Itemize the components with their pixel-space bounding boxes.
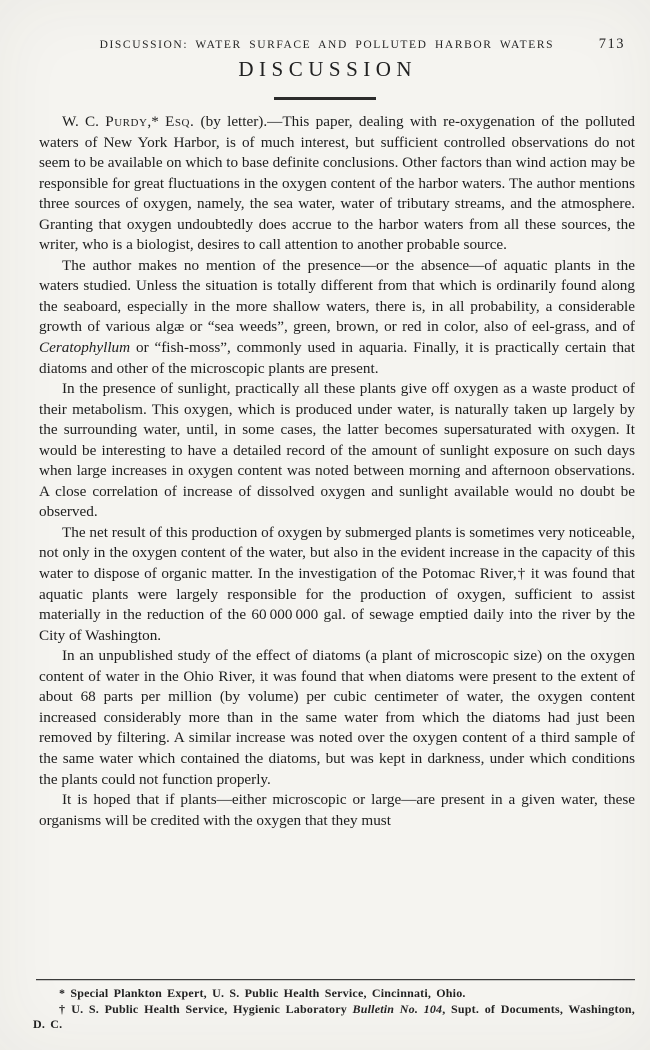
paragraph: W. C. Purdy,* Esq. (by letter).—This pap… [39,112,635,256]
title-rule [274,97,376,100]
footnote: * Special Plankton Expert, U. S. Public … [33,986,635,1001]
article-body: W. C. Purdy,* Esq. (by letter).—This pap… [39,112,635,976]
running-head-title: DISCUSSION: WATER SURFACE AND POLLUTED H… [39,39,599,51]
document-page: DISCUSSION: WATER SURFACE AND POLLUTED H… [0,0,650,1050]
paragraph: It is hoped that if plants—either micros… [39,790,635,831]
footnote: † U. S. Public Health Service, Hygienic … [33,1002,635,1032]
running-head: DISCUSSION: WATER SURFACE AND POLLUTED H… [39,36,625,53]
footnote-rule [36,979,635,980]
paragraph: The net result of this production of oxy… [39,523,635,646]
section-title: DISCUSSION [0,57,650,82]
paragraph: In an unpublished study of the effect of… [39,646,635,790]
page-number: 713 [599,36,625,53]
footnotes: * Special Plankton Expert, U. S. Public … [33,986,635,1032]
paragraph: In the presence of sunlight, practically… [39,379,635,523]
paragraph: The author makes no mention of the prese… [39,256,635,379]
